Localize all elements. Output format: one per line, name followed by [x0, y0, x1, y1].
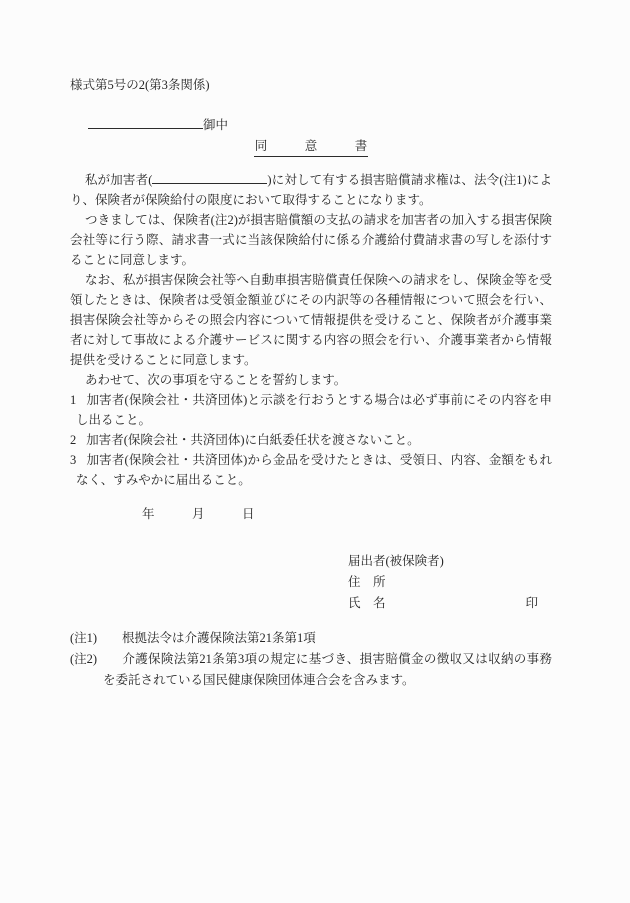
paragraph-1: 私が加害者()に対して有する損害賠償請求権は、法令(注1)により、保険者が保険給…: [70, 170, 552, 210]
footnote-1-text: 根拠法令は介護保険法第21条第1項: [122, 631, 316, 645]
footnote-2-label: (注2): [70, 649, 122, 670]
document-content: 様式第5号の2(第3条関係) 御中 同 意 書 私が加害者()に対して有する損害…: [0, 0, 630, 691]
title-row: 同 意 書: [70, 136, 552, 157]
address-label: 住 所: [348, 572, 538, 593]
name-label: 氏 名: [348, 593, 386, 614]
document-title: 同 意 書: [254, 136, 369, 157]
addressee-blank-line: [88, 114, 203, 129]
pledge-item-3: 3加害者(保険会社・共済団体)から金品を受けたときは、受領日、内容、金額をもれな…: [70, 450, 552, 490]
pledge-item-1: 1加害者(保険会社・共済団体)と示談を行おうとする場合は必ず事前にその内容を申し…: [70, 390, 552, 430]
paragraph-4-pledge-intro: あわせて、次の事項を守ることを誓約します。: [70, 370, 552, 390]
pledge-item-2-number: 2: [70, 433, 76, 447]
pledge-item-3-number: 3: [70, 453, 76, 467]
pledge-item-1-text: 加害者(保険会社・共済団体)と示談を行おうとする場合は必ず事前にその内容を申し出…: [76, 393, 552, 427]
body-text: 私が加害者()に対して有する損害賠償請求権は、法令(注1)により、保険者が保険給…: [70, 170, 552, 390]
pledge-item-1-number: 1: [70, 393, 76, 407]
name-seal-row: 氏 名 印: [348, 593, 538, 614]
pledge-list: 1加害者(保険会社・共済団体)と示談を行おうとする場合は必ず事前にその内容を申し…: [70, 390, 552, 490]
paragraph-1-pre: 私が加害者(: [85, 173, 152, 187]
pledge-item-2-text: 加害者(保険会社・共済団体)に白紙委任状を渡さないこと。: [86, 433, 419, 447]
footnote-1-label: (注1): [70, 628, 122, 649]
signature-block: 届出者(被保険者) 住 所 氏 名 印: [348, 551, 538, 614]
date-fill-in-line: 年 月 日: [142, 504, 552, 524]
footnote-2-text: 介護保険法第21条第3項の規定に基づき、損害賠償金の徴収又は収納の事務を委託され…: [103, 652, 552, 687]
footnote-2: (注2)介護保険法第21条第3項の規定に基づき、損害賠償金の徴収又は収納の事務を…: [70, 649, 552, 691]
perpetrator-name-blank: [152, 171, 267, 184]
pledge-item-2: 2加害者(保険会社・共済団体)に白紙委任状を渡さないこと。: [70, 430, 552, 450]
form-number-label: 様式第5号の2(第3条関係): [70, 75, 552, 95]
declarant-label: 届出者(被保険者): [348, 551, 538, 572]
paragraph-3: なお、私が損害保険会社等へ自動車損害賠償責任保険への請求をし、保険金等を受領した…: [70, 270, 552, 370]
paragraph-2: つきましては、保険者(注2)が損害賠償額の支払の請求を加害者の加入する損害保険会…: [70, 210, 552, 270]
consent-form-document: 様式第5号の2(第3条関係) 御中 同 意 書 私が加害者()に対して有する損害…: [0, 0, 630, 903]
addressee-suffix: 御中: [203, 118, 228, 132]
addressee-line: 御中: [88, 114, 552, 135]
pledge-item-3-text: 加害者(保険会社・共済団体)から金品を受けたときは、受領日、内容、金額をもれなく…: [76, 453, 552, 487]
footnote-1: (注1)根拠法令は介護保険法第21条第1項: [70, 628, 552, 649]
seal-label: 印: [525, 593, 538, 614]
footnotes: (注1)根拠法令は介護保険法第21条第1項 (注2)介護保険法第21条第3項の規…: [70, 628, 552, 691]
